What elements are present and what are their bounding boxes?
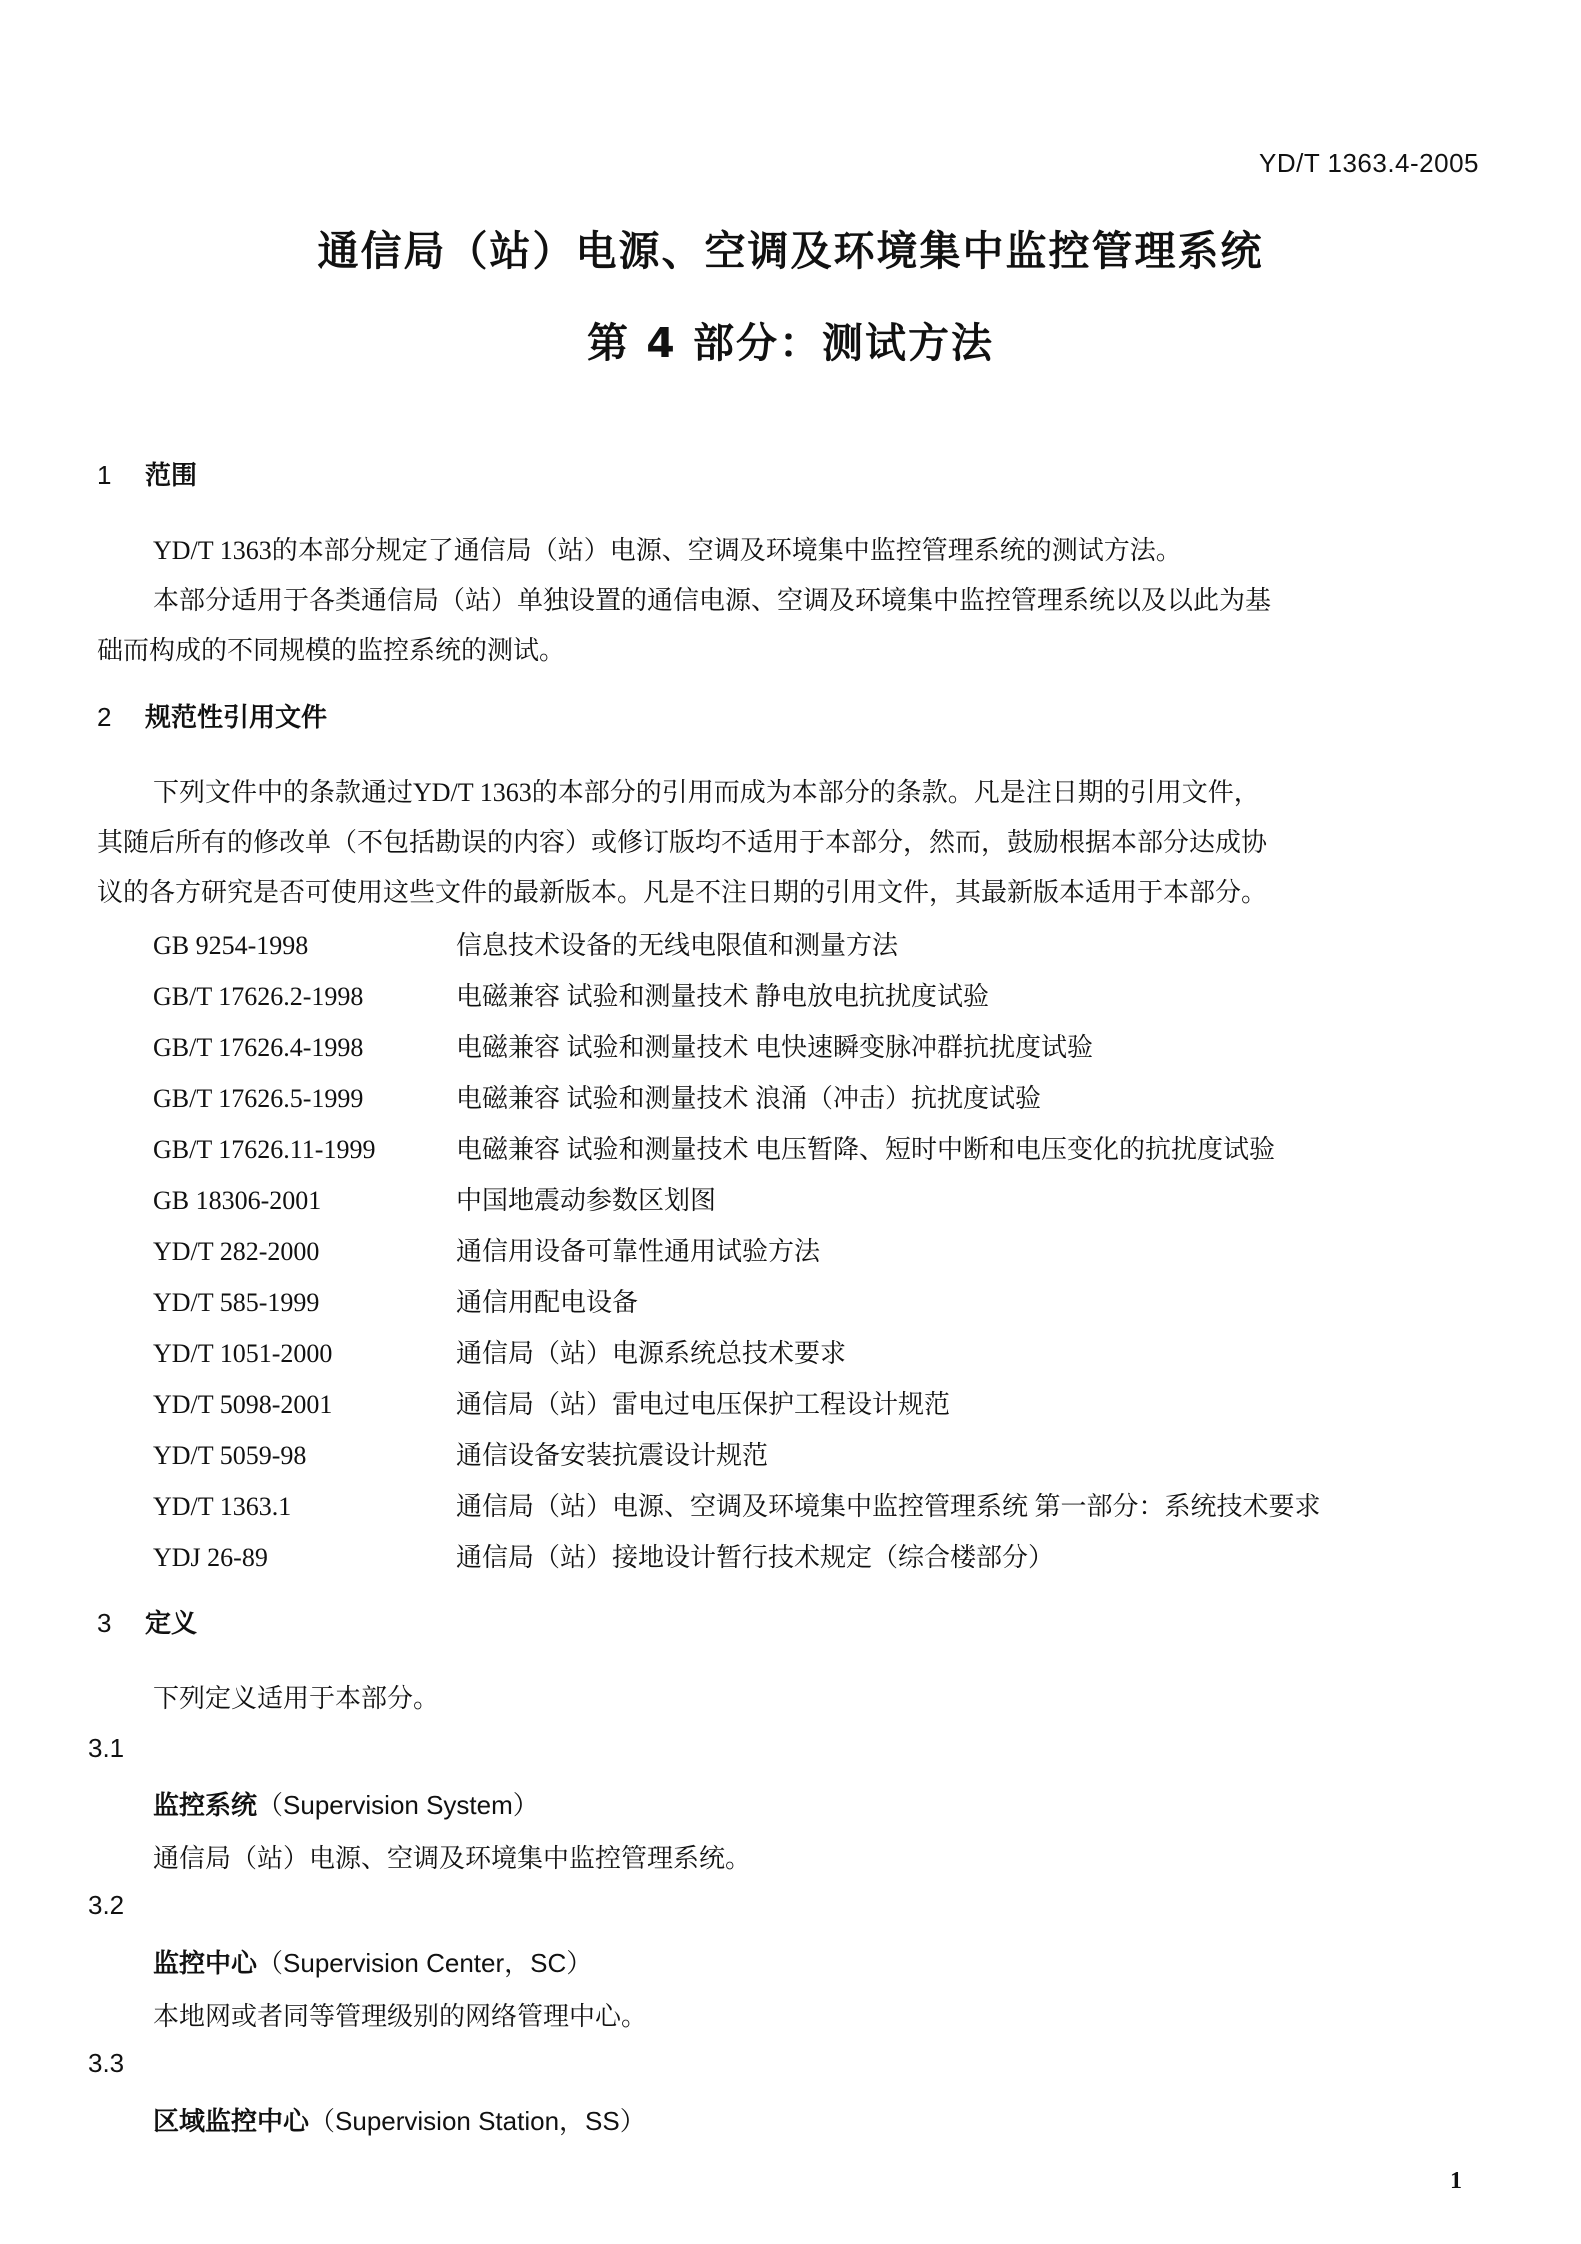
term-cn: 监控中心 (153, 1949, 257, 1979)
references-intro-line-3: 议的各方研究是否可使用这些文件的最新版本。凡是不注日期的引用文件，其最新版本适用… (97, 872, 1267, 909)
section-title: 规范性引用文件 (145, 703, 327, 733)
section-number: 1 (97, 460, 145, 491)
term-definition: 通信局（站）电源、空调及环境集中监控管理系统。 (153, 1838, 751, 1875)
term-en: （Supervision System） (257, 1790, 539, 1820)
reference-title: 中国地震动参数区划图 (456, 1186, 716, 1215)
reference-item: YD/T 1051-2000通信局（站）电源系统总技术要求 (153, 1333, 846, 1370)
reference-item: YD/T 1363.1通信局（站）电源、空调及环境集中监控管理系统 第一部分：系… (153, 1486, 1321, 1523)
reference-item: GB/T 17626.11-1999电磁兼容 试验和测量技术 电压暂降、短时中断… (153, 1129, 1275, 1166)
term-supervision-system: 监控系统（Supervision System） (153, 1785, 539, 1822)
definitions-intro: 下列定义适用于本部分。 (153, 1678, 439, 1715)
reference-code: YD/T 1051-2000 (153, 1339, 456, 1369)
reference-code: YD/T 1363.1 (153, 1492, 456, 1522)
reference-title: 通信局（站）电源、空调及环境集中监控管理系统 第一部分：系统技术要求 (456, 1492, 1321, 1521)
reference-item: YD/T 5098-2001通信局（站）雷电过电压保护工程设计规范 (153, 1384, 950, 1421)
document-title: 通信局（站）电源、空调及环境集中监控管理系统 (0, 218, 1581, 277)
reference-item: YD/T 5059-98通信设备安装抗震设计规范 (153, 1435, 768, 1472)
document-subtitle: 第 4 部分：测试方法 (0, 310, 1581, 369)
reference-code: YD/T 585-1999 (153, 1288, 456, 1318)
reference-title: 电磁兼容 试验和测量技术 静电放电抗扰度试验 (456, 982, 989, 1011)
section-number: 3 (97, 1608, 145, 1639)
reference-item: GB/T 17626.2-1998电磁兼容 试验和测量技术 静电放电抗扰度试验 (153, 976, 989, 1013)
reference-code: GB 18306-2001 (153, 1186, 456, 1216)
term-supervision-station: 区域监控中心（Supervision Station，SS） (153, 2101, 646, 2138)
reference-item: GB/T 17626.5-1999电磁兼容 试验和测量技术 浪涌（冲击）抗扰度试… (153, 1078, 1041, 1115)
reference-code: GB/T 17626.4-1998 (153, 1033, 456, 1063)
reference-code: YD/T 282-2000 (153, 1237, 456, 1267)
reference-code: YD/T 5059-98 (153, 1441, 456, 1471)
term-cn: 区域监控中心 (153, 2107, 309, 2137)
term-cn: 监控系统 (153, 1791, 257, 1821)
reference-title: 通信局（站）接地设计暂行技术规定（综合楼部分） (456, 1543, 1054, 1572)
reference-code: GB 9254-1998 (153, 931, 456, 961)
section-heading-normative-references: 2规范性引用文件 (97, 697, 327, 734)
reference-title: 通信局（站）电源系统总技术要求 (456, 1339, 846, 1368)
reference-code: GB/T 17626.5-1999 (153, 1084, 456, 1114)
reference-title: 通信局（站）雷电过电压保护工程设计规范 (456, 1390, 950, 1419)
section-heading-scope: 1范围 (97, 455, 197, 492)
reference-code: YDJ 26-89 (153, 1543, 456, 1573)
clause-number: 3.3 (88, 2048, 124, 2079)
reference-item: YD/T 282-2000通信用设备可靠性通用试验方法 (153, 1231, 820, 1268)
term-en: （Supervision Station，SS） (309, 2106, 646, 2136)
reference-item: GB 9254-1998信息技术设备的无线电限值和测量方法 (153, 925, 898, 962)
references-intro-line-2: 其随后所有的修改单（不包括勘误的内容）或修订版均不适用于本部分，然而，鼓励根据本… (97, 822, 1267, 859)
reference-item: GB 18306-2001中国地震动参数区划图 (153, 1180, 716, 1217)
reference-title: 电磁兼容 试验和测量技术 电压暂降、短时中断和电压变化的抗扰度试验 (456, 1135, 1275, 1164)
reference-title: 通信用设备可靠性通用试验方法 (456, 1237, 820, 1266)
reference-title: 通信用配电设备 (456, 1288, 638, 1317)
reference-item: GB/T 17626.4-1998电磁兼容 试验和测量技术 电快速瞬变脉冲群抗扰… (153, 1027, 1093, 1064)
references-intro-line-1: 下列文件中的条款通过YD/T 1363的本部分的引用而成为本部分的条款。凡是注日… (153, 772, 1260, 809)
clause-number: 3.2 (88, 1890, 124, 1921)
reference-item: YD/T 585-1999通信用配电设备 (153, 1282, 638, 1319)
reference-title: 电磁兼容 试验和测量技术 电快速瞬变脉冲群抗扰度试验 (456, 1033, 1093, 1062)
section-title: 范围 (145, 461, 197, 491)
section-heading-definitions: 3定义 (97, 1603, 197, 1640)
term-definition: 本地网或者同等管理级别的网络管理中心。 (153, 1996, 647, 2033)
reference-code: GB/T 17626.2-1998 (153, 982, 456, 1012)
standard-number: YD/T 1363.4-2005 (1259, 148, 1479, 179)
scope-paragraph-2-line-1: 本部分适用于各类通信局（站）单独设置的通信电源、空调及环境集中监控管理系统以及以… (153, 580, 1271, 617)
scope-paragraph-2-line-2: 础而构成的不同规模的监控系统的测试。 (97, 630, 565, 667)
reference-title: 电磁兼容 试验和测量技术 浪涌（冲击）抗扰度试验 (456, 1084, 1041, 1113)
page-number: 1 (1450, 2168, 1462, 2195)
reference-item: YDJ 26-89通信局（站）接地设计暂行技术规定（综合楼部分） (153, 1537, 1054, 1574)
scope-paragraph-1: YD/T 1363的本部分规定了通信局（站）电源、空调及环境集中监控管理系统的测… (153, 530, 1182, 567)
reference-code: YD/T 5098-2001 (153, 1390, 456, 1420)
reference-title: 信息技术设备的无线电限值和测量方法 (456, 931, 898, 960)
reference-code: GB/T 17626.11-1999 (153, 1135, 456, 1165)
section-title: 定义 (145, 1609, 197, 1639)
section-number: 2 (97, 702, 145, 733)
term-supervision-center: 监控中心（Supervision Center，SC） (153, 1943, 592, 1980)
reference-title: 通信设备安装抗震设计规范 (456, 1441, 768, 1470)
term-en: （Supervision Center，SC） (257, 1948, 592, 1978)
clause-number: 3.1 (88, 1733, 124, 1764)
